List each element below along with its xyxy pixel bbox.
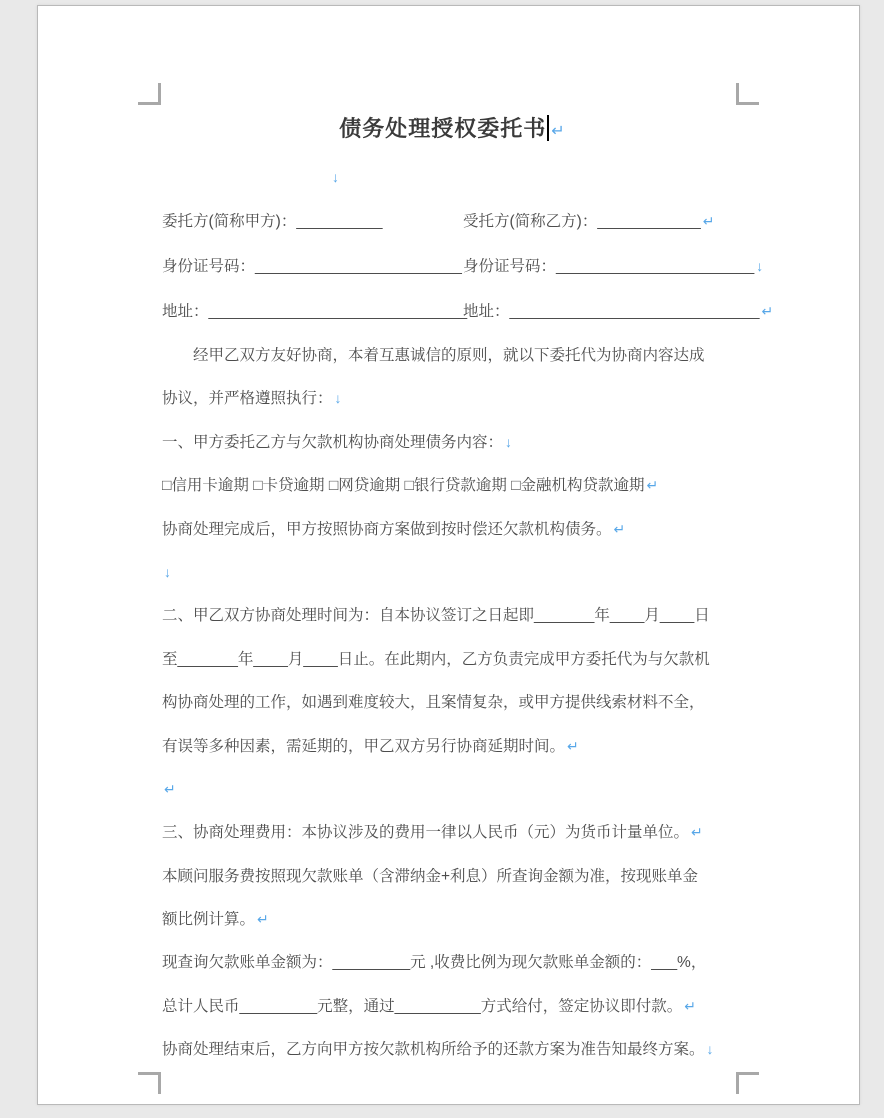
- document-line-text: 现查询欠款账单金额为：_________元 ,收费比例为现欠款账单金额的：___…: [162, 954, 706, 971]
- line-break-icon: ↓: [332, 169, 339, 185]
- text-cursor-caret: [547, 115, 549, 141]
- document-line-text: 协商处理完成后，甲方按照协商方案做到按时偿还欠款机构债务。: [162, 521, 612, 538]
- paragraph-mark-icon: ↵: [614, 521, 626, 537]
- paragraph-mark-icon: ↵: [164, 781, 176, 797]
- party-info-rows: 委托方(简称甲方)：__________受托方(简称乙方)：__________…: [162, 199, 742, 334]
- document-line[interactable]: 一、甲方委托乙方与欠款机构协商处理债务内容：↓: [162, 421, 742, 464]
- document-line[interactable]: 本顾问服务费按照现欠款账单（含滞纳金+利息）所查询金额为准，按现账单金: [162, 855, 742, 898]
- document-line-text: 一、甲方委托乙方与欠款机构协商处理债务内容：: [162, 434, 503, 451]
- document-line[interactable]: ↓: [162, 551, 742, 594]
- document-line[interactable]: 构协商处理的工作，如遇到难度较大，且案情复杂，或甲方提供线索材料不全，: [162, 681, 742, 724]
- document-line-text: 协商处理结束后，乙方向甲方按欠款机构所给予的还款方案为准告知最终方案。: [162, 1041, 705, 1058]
- party-field-right: 地址：_____________________________↵: [463, 289, 773, 334]
- document-line[interactable]: 协商处理完成后，甲方按照协商方案做到按时偿还欠款机构债务。↵: [162, 508, 742, 551]
- party-field-left: 地址：______________________________: [162, 303, 467, 320]
- document-line[interactable]: ↵: [162, 768, 742, 811]
- party-field-left: 委托方(简称甲方)：__________: [162, 213, 383, 230]
- document-line-text: □信用卡逾期 □卡贷逾期 □网贷逾期 □银行贷款逾期 □金融机构贷款逾期: [162, 477, 645, 494]
- paragraph-mark-icon: ↵: [762, 303, 774, 319]
- document-line[interactable]: 至_______年____月____日止。在此期内，乙方负责完成甲方委托代为与欠…: [162, 638, 742, 681]
- paragraph-mark-icon: ↵: [647, 477, 659, 493]
- document-line-text: 至_______年____月____日止。在此期内，乙方负责完成甲方委托代为与欠…: [162, 651, 710, 668]
- line-break-line[interactable]: ↓: [162, 155, 742, 199]
- line-break-icon: ↓: [707, 1041, 714, 1057]
- document-line-text: 有误等多种因素，需延期的，甲乙双方另行协商延期时间。: [162, 738, 565, 755]
- document-line[interactable]: □信用卡逾期 □卡贷逾期 □网贷逾期 □银行贷款逾期 □金融机构贷款逾期↵: [162, 464, 742, 507]
- document-line[interactable]: 现查询欠款账单金额为：_________元 ,收费比例为现欠款账单金额的：___…: [162, 941, 742, 984]
- document-paragraphs: 经甲乙双方友好协商，本着互惠诚信的原则，就以下委托代为协商内容达成协议，并严格遵…: [162, 334, 742, 1072]
- document-line-text: 构协商处理的工作，如遇到难度较大，且案情复杂，或甲方提供线索材料不全，: [162, 694, 705, 711]
- margin-crop-mark-bottom-left: [138, 1072, 161, 1094]
- document-line-text: 本顾问服务费按照现欠款账单（含滞纳金+利息）所查询金额为准，按现账单金: [162, 868, 698, 885]
- desktop-background: { "document": { "title": "债务处理授权委托书", "m…: [0, 0, 884, 1118]
- document-line[interactable]: 三、协商处理费用：本协议涉及的费用一律以人民币（元）为货币计量单位。↵: [162, 811, 742, 854]
- paragraph-mark-icon: ↵: [551, 123, 564, 140]
- paragraph-mark-icon: ↵: [257, 911, 269, 927]
- document-line[interactable]: 协议，并严格遵照执行：↓: [162, 377, 742, 420]
- document-line-text: 三、协商处理费用：本协议涉及的费用一律以人民币（元）为货币计量单位。: [162, 824, 689, 841]
- document-line-text: 经甲乙双方友好协商，本着互惠诚信的原则，就以下委托代为协商内容达成: [193, 347, 705, 364]
- line-break-icon: ↓: [335, 390, 342, 406]
- line-break-icon: ↓: [756, 258, 763, 274]
- document-line[interactable]: 有误等多种因素，需延期的，甲乙双方另行协商延期时间。↵: [162, 725, 742, 768]
- paragraph-mark-icon: ↵: [691, 824, 703, 840]
- document-line[interactable]: 总计人民币_________元整，通过__________方式给付，签定协议即付…: [162, 985, 742, 1028]
- margin-crop-mark-top-left: [138, 83, 161, 105]
- paragraph-mark-icon: ↵: [703, 213, 715, 229]
- document-line-text: 额比例计算。: [162, 911, 255, 928]
- line-break-icon: ↓: [505, 434, 512, 450]
- line-break-icon: ↓: [164, 564, 171, 580]
- document-line[interactable]: 经甲乙双方友好协商，本着互惠诚信的原则，就以下委托代为协商内容达成: [162, 334, 742, 377]
- document-line[interactable]: 二、甲乙双方协商处理时间为：自本协议签订之日起即_______年____月___…: [162, 594, 742, 637]
- paragraph-mark-icon: ↵: [567, 738, 579, 754]
- party-row[interactable]: 地址：______________________________地址：____…: [162, 289, 742, 334]
- party-field-left: 身份证号码：________________________: [162, 258, 462, 275]
- document-title: 债务处理授权委托书: [339, 116, 546, 141]
- document-text-area[interactable]: 债务处理授权委托书↵ ↓ 委托方(简称甲方)：__________受托方(简称乙…: [162, 103, 742, 1072]
- document-line[interactable]: 额比例计算。↵: [162, 898, 742, 941]
- party-field-right: 身份证号码：_______________________↓: [463, 244, 763, 289]
- document-line[interactable]: 协商处理结束后，乙方向甲方按欠款机构所给予的还款方案为准告知最终方案。↓: [162, 1028, 742, 1071]
- margin-crop-mark-top-right: [736, 83, 759, 105]
- document-line-text: 总计人民币_________元整，通过__________方式给付，签定协议即付…: [162, 998, 682, 1015]
- margin-crop-mark-bottom-right: [736, 1072, 759, 1094]
- party-row[interactable]: 委托方(简称甲方)：__________受托方(简称乙方)：__________…: [162, 199, 742, 244]
- party-field-right: 受托方(简称乙方)：____________↵: [463, 199, 715, 244]
- party-row[interactable]: 身份证号码：________________________身份证号码：____…: [162, 244, 742, 289]
- document-line-text: 协议，并严格遵照执行：: [162, 390, 333, 407]
- document-line-text: 二、甲乙双方协商处理时间为：自本协议签订之日起即_______年____月___…: [162, 607, 710, 624]
- paragraph-mark-icon: ↵: [684, 998, 696, 1014]
- document-title-line[interactable]: 债务处理授权委托书↵: [162, 103, 742, 155]
